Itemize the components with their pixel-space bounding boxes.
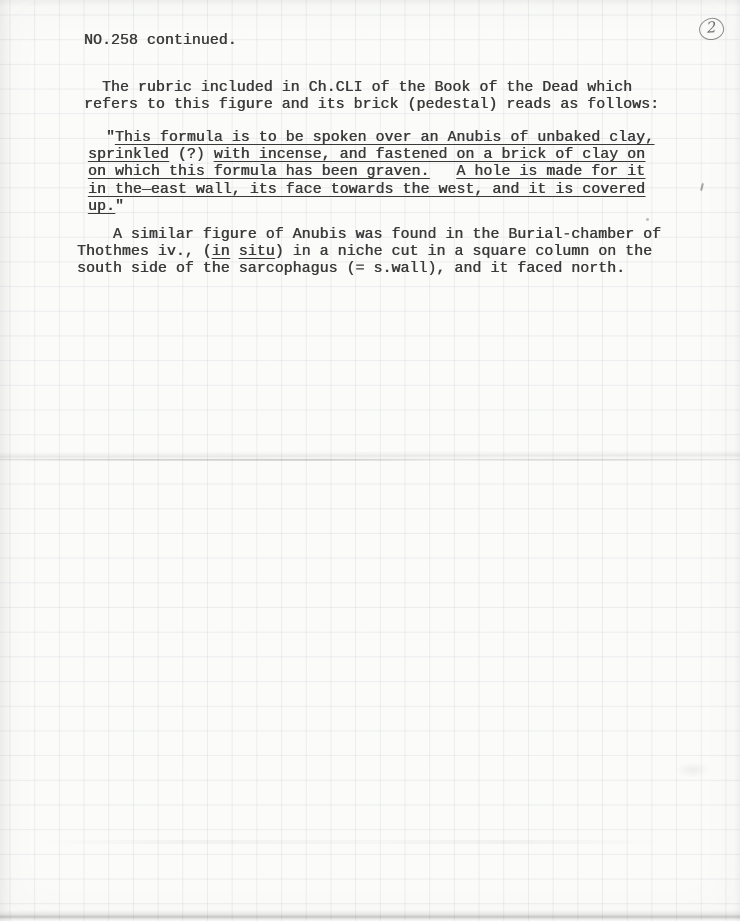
paper-crease-line	[0, 459, 740, 461]
quote-line-4: in the east wall, its face towards the w…	[88, 182, 654, 199]
quoted-rubric: "This formula is to be spoken over an An…	[88, 130, 654, 216]
underlined-text: sprinkled	[88, 147, 169, 163]
paper-speck	[646, 218, 649, 221]
plain-text	[230, 244, 239, 260]
plain-text: (?)	[169, 147, 214, 163]
underlined-text: up.	[88, 199, 115, 215]
document-header: NO.258 continued.	[84, 33, 237, 50]
underlined-text: in	[212, 244, 230, 260]
scan-edge-shadow-top	[0, 0, 740, 7]
plain-text	[429, 164, 456, 180]
paragraph-rubric-intro: The rubric included in Ch.CLI of the Boo…	[84, 80, 659, 114]
quote-close-mark: "	[115, 199, 124, 215]
underlined-text: east wall, its face towards the west, an…	[151, 182, 645, 198]
page-number-badge: 2	[697, 16, 725, 42]
page-number: 2	[706, 20, 717, 38]
underlined-text: on which this formula has been graven.	[88, 164, 429, 180]
header-title: NO.258 continued.	[84, 33, 237, 50]
quote-line-2: sprinkled (?) with incense, and fastened…	[88, 147, 654, 164]
paper-bottom-edge	[0, 910, 740, 921]
paragraph-line: Thothmes iv., (in situ) in a niche cut i…	[77, 244, 661, 261]
quote-line-3: on which this formula has been graven. A…	[88, 164, 654, 181]
plain-text: Thothmes iv., (	[77, 244, 212, 260]
underlined-text: This formula is to be spoken over an Anu…	[115, 130, 654, 146]
underlined-text: A hole is made for it	[456, 164, 645, 180]
underlined-text: in the	[88, 182, 142, 198]
plain-text: ) in a niche cut in a square column on t…	[275, 244, 652, 260]
paragraph-line: refers to this figure and its brick (ped…	[84, 97, 659, 114]
quote-line-1: "This formula is to be spoken over an An…	[88, 130, 654, 147]
quote-line-5: up."	[88, 199, 654, 216]
underlined-text: with incense, and fastened on a brick of…	[214, 147, 645, 163]
pencil-tick-mark	[700, 183, 704, 191]
paper-crease-faint	[40, 840, 660, 844]
scanned-document-page: 2 NO.258 continued. The rubric included …	[0, 0, 740, 921]
strike-mark	[142, 182, 151, 198]
paragraph-line: south side of the sarcophagus (= s.wall)…	[77, 261, 661, 278]
scan-edge-shadow-right	[734, 0, 740, 921]
underlined-text: situ	[239, 244, 275, 260]
quote-open-mark: "	[88, 130, 115, 146]
paragraph-line: The rubric included in Ch.CLI of the Boo…	[84, 80, 659, 97]
pencil-smudge	[676, 762, 710, 778]
paragraph-anubis-figure: A similar figure of Anubis was found in …	[77, 227, 661, 279]
paragraph-line: A similar figure of Anubis was found in …	[77, 227, 661, 244]
